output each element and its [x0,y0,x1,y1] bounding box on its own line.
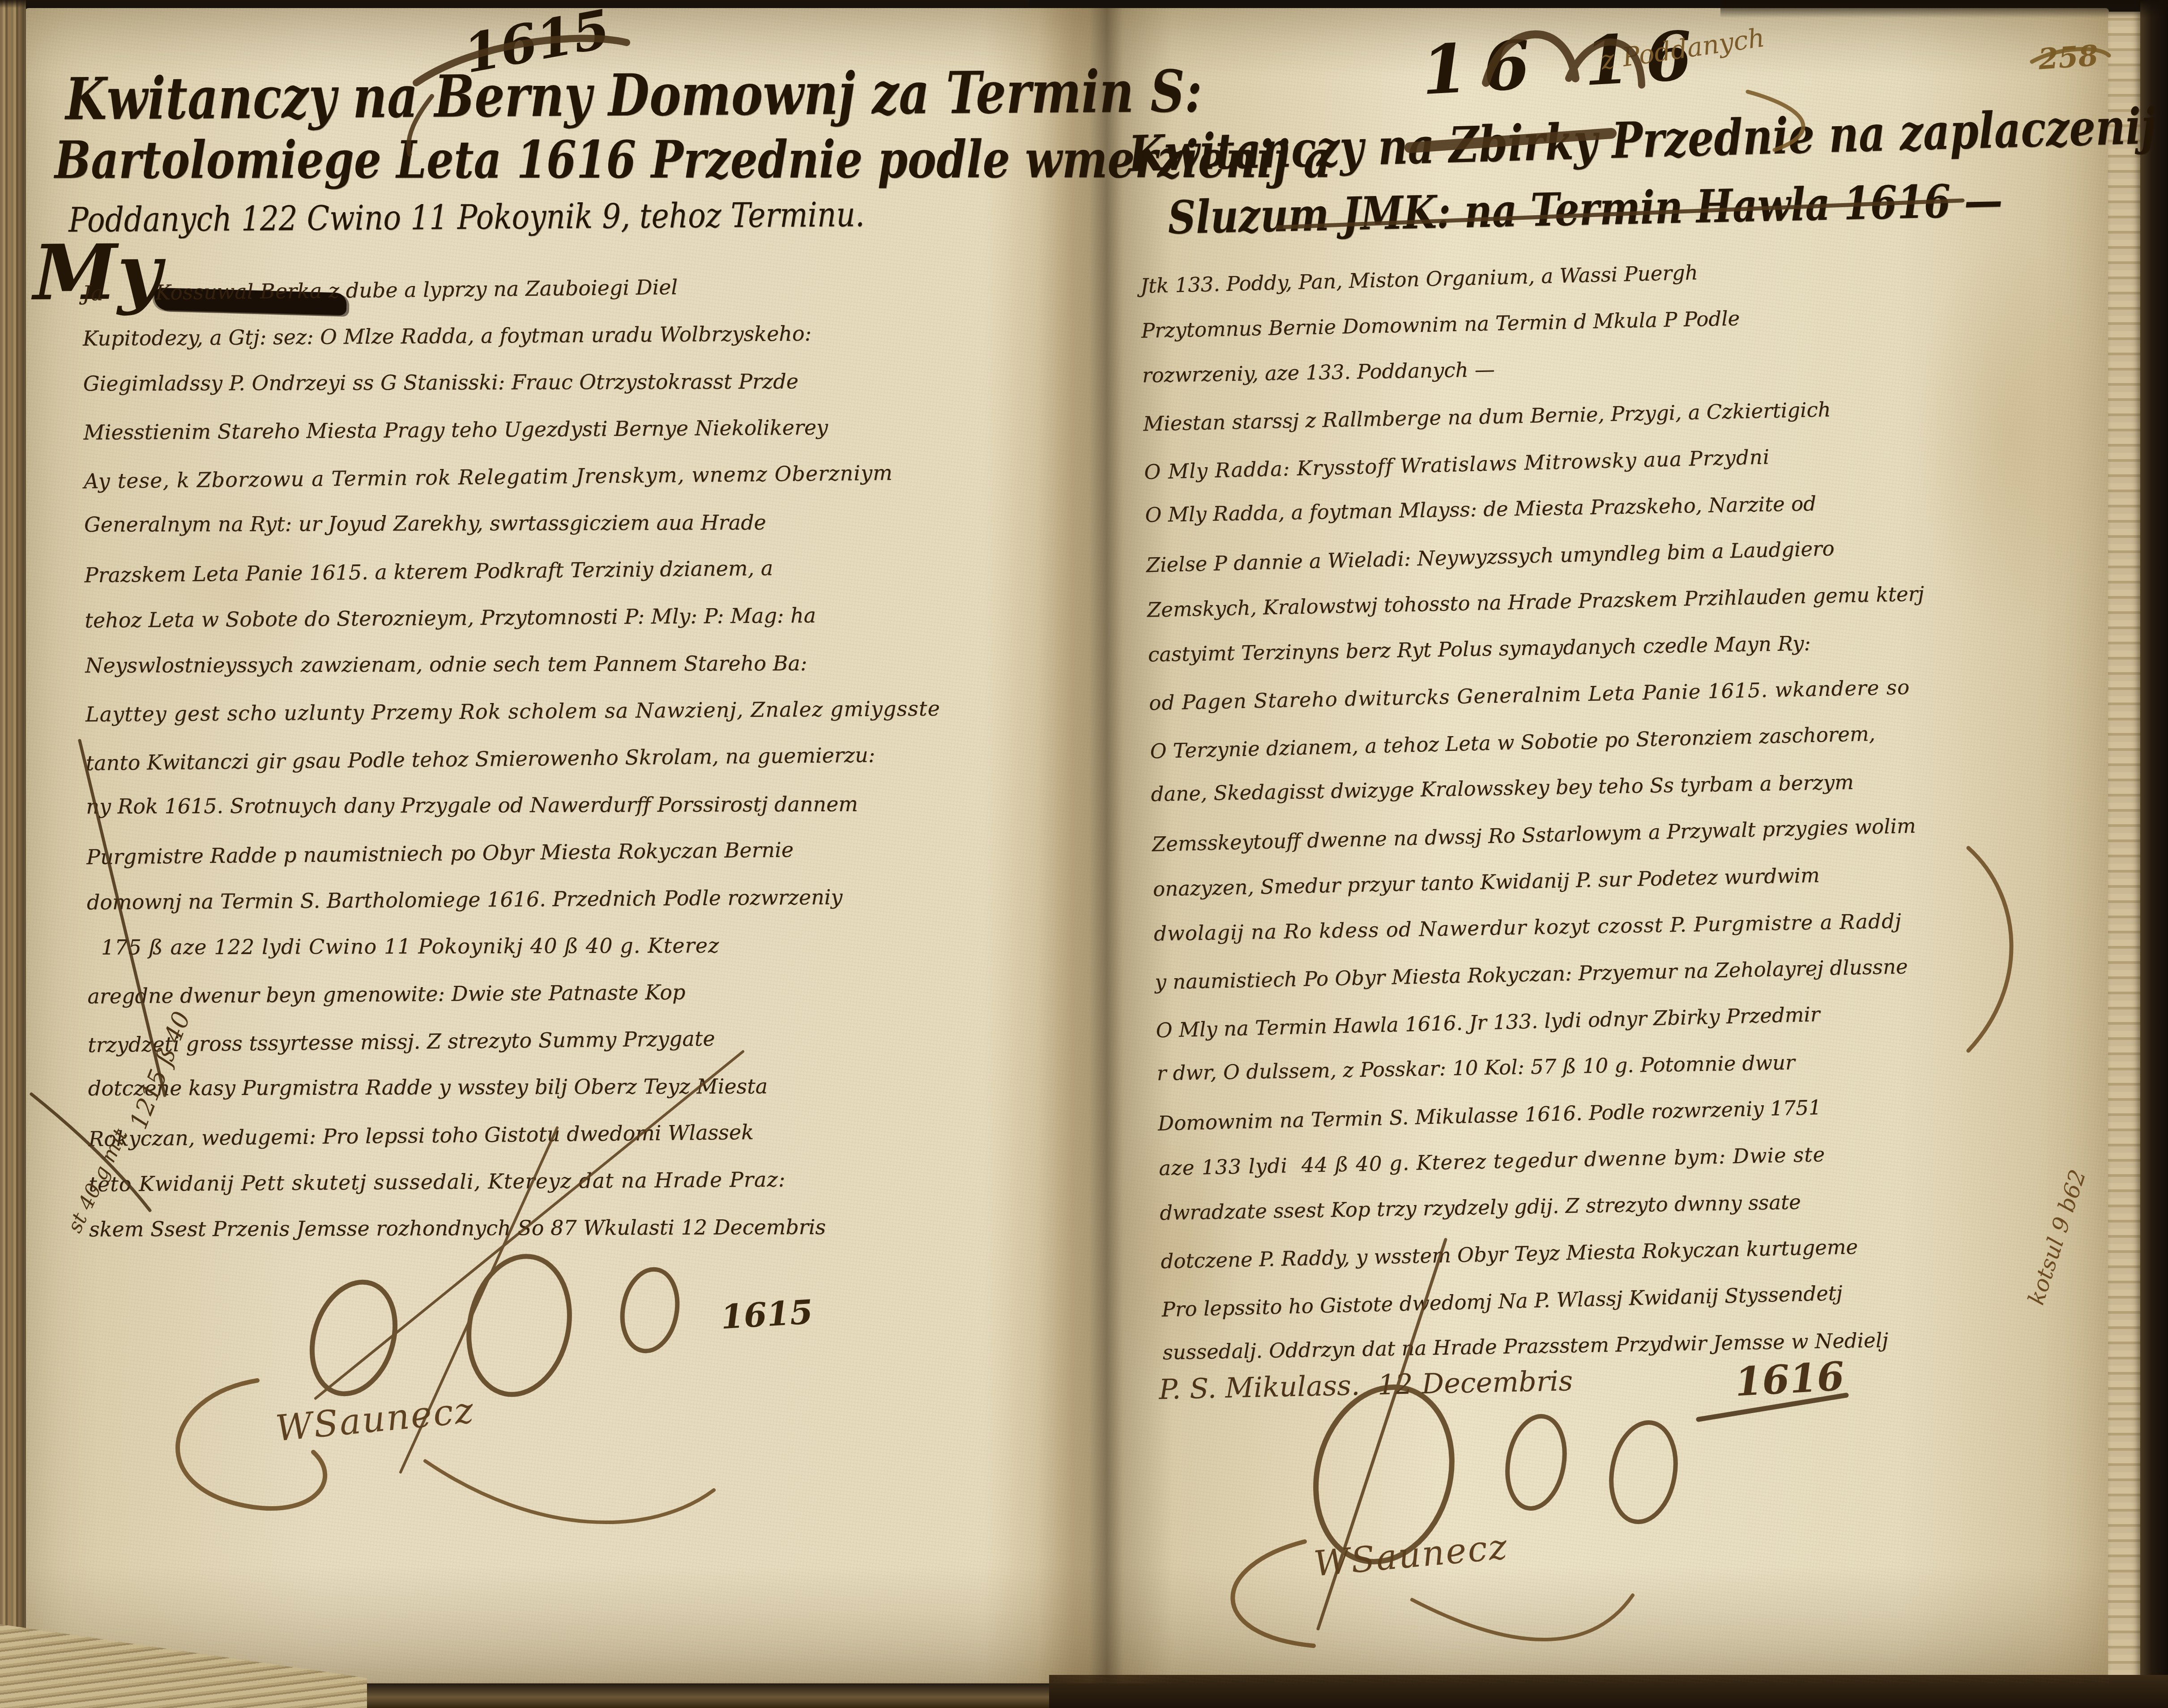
manuscript-line: Miesstienim Stareho Miesta Pragy teho Ug… [83,402,1086,456]
left-year-bottom: 1615 [720,1293,814,1337]
book-spine-left [0,0,26,1708]
manuscript-line: Ay tese, k Zborzowu a Termin rok Relegat… [84,447,1087,505]
manuscript-line: Prazskem Leta Panie 1615. a kterem Podkr… [84,541,1087,599]
manuscript-line: aregdne dwenur beyn gmenowite: Dwie ste … [87,966,1090,1020]
manuscript-photo: { "page_number": "258", "left_page": { "… [0,0,2168,1708]
manuscript-line: 175 ß aze 122 lydi Cwino 11 Pokoynikj 40… [87,921,1089,971]
manuscript-line: Purgmistre Radde p naumistniech po Obyr … [86,823,1089,881]
right-signature: WSaunecz [1312,1527,1510,1584]
book-top-edge [0,0,1029,8]
manuscript-line: Neyswlostnieyssych zawzienam, odnie sech… [85,639,1088,689]
manuscript-line: Ja Kossuwal Berka z dube a lyprzy na Zau… [82,260,1085,317]
right-year-bottom: 1616 [1733,1353,1845,1406]
right-page: 16 16 z Poddanych Kwitanczy na Zbirky Pr… [1110,0,2168,1687]
manuscript-line: Kupitodezy, a Gtj: sez: O Mlze Radda, a … [83,308,1086,362]
right-heading-line-2: Sluzum JMK: na Termin Hawla 1616 — [1167,174,2003,244]
left-heading-line-1: Kwitanczy na Berny Domownj za Termin S: [65,57,1203,133]
manuscript-line: skem Ssest Przenis Jemsse rozhondnych So… [89,1203,1092,1253]
manuscript-line: tehoz Leta w Sobote do Steroznieym, Przy… [85,590,1088,644]
manuscript-line: ny Rok 1615. Srotnuych dany Przygale od … [86,780,1088,830]
left-signature: WSaunecz [274,1389,477,1449]
left-page: 1615 Kwitanczy na Berny Domownj za Termi… [40,11,1095,1682]
manuscript-line: dotczene kasy Purgmistra Radde y wsstey … [88,1062,1091,1112]
manuscript-line: tanto Kwitanczi gir gsau Podle tehoz Smi… [85,729,1088,787]
manuscript-line: teto Kwidanij Pett skutetj sussedali, Kt… [89,1154,1092,1208]
manuscript-line: Rokyczan, wedugemi: Pro lepssi toho Gist… [88,1105,1091,1163]
manuscript-line: Layttey gest scho uzlunty Przemy Rok sch… [85,684,1088,738]
manuscript-line: Generalnym na Ryt: ur Joyud Zarekhy, swr… [84,498,1087,548]
manuscript-line: Giegimladssy P. Ondrzeyi ss G Stanisski:… [83,357,1086,407]
page-bottom-shadow [367,1681,1083,1708]
manuscript-line: trzydzeti gross tssyrtesse missj. Z stre… [87,1011,1090,1069]
right-body-text: Jtk 133. Poddy, Pan, Miston Organium, a … [1140,240,2166,1378]
manuscript-line: domownj na Termin S. Bartholomiege 1616.… [86,872,1089,926]
left-body-text: Ja Kossuwal Berka z dube a lyprzy na Zau… [82,261,1092,1255]
left-heading-line-3: Poddanych 122 Cwino 11 Pokoynik 9, tehoz… [68,195,865,240]
right-heading-line-1: Kwitanczy na Zbirky Przednie na zaplacze… [1128,97,2156,183]
